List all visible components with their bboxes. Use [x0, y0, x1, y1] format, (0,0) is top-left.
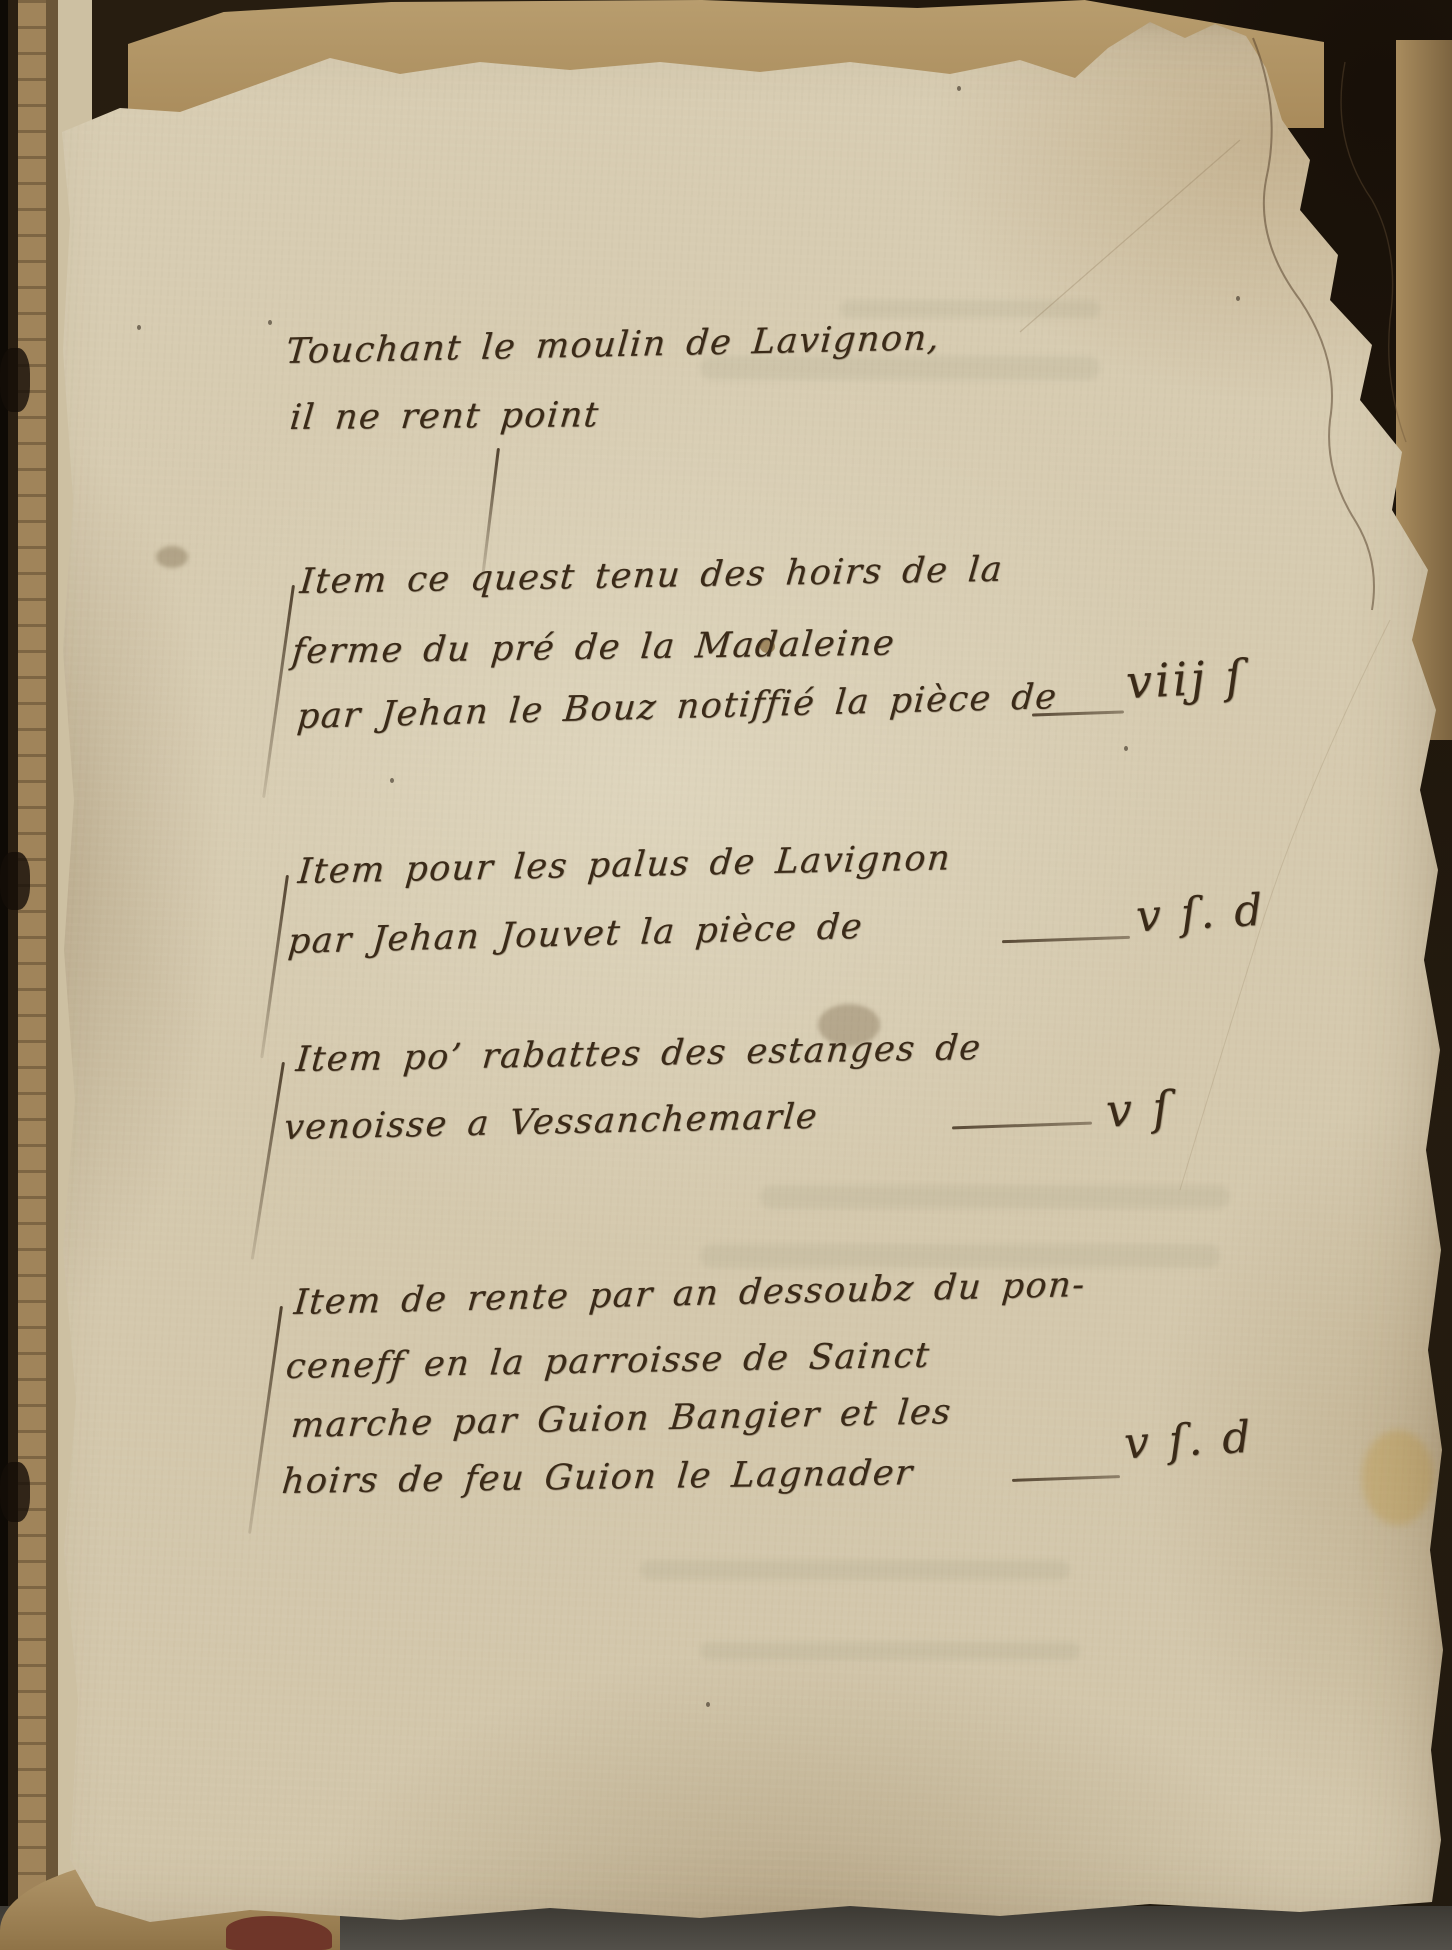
- entry-3-amount: v ſ: [1105, 1080, 1174, 1137]
- binding-sewing-notch: [0, 1462, 30, 1522]
- entry-1-line-2: ferme du pré de la Madaleine: [290, 624, 897, 672]
- entry-1-amount: viij ſ: [1125, 649, 1247, 709]
- manuscript-page: [0, 0, 1452, 1950]
- binding-sewing-notch: [0, 852, 30, 910]
- entry-2-amount: v ſ. d: [1135, 885, 1267, 943]
- binding-sewing-notch: [0, 348, 30, 412]
- binding-texture: [18, 0, 46, 1950]
- entry-4-amount: v ſ. d: [1123, 1412, 1255, 1470]
- edge-vignette: [0, 0, 1452, 1950]
- manuscript-photo: Touchant le moulin de Lavignon, il ne re…: [0, 0, 1452, 1950]
- heading-line-2: il ne rent point: [288, 395, 601, 438]
